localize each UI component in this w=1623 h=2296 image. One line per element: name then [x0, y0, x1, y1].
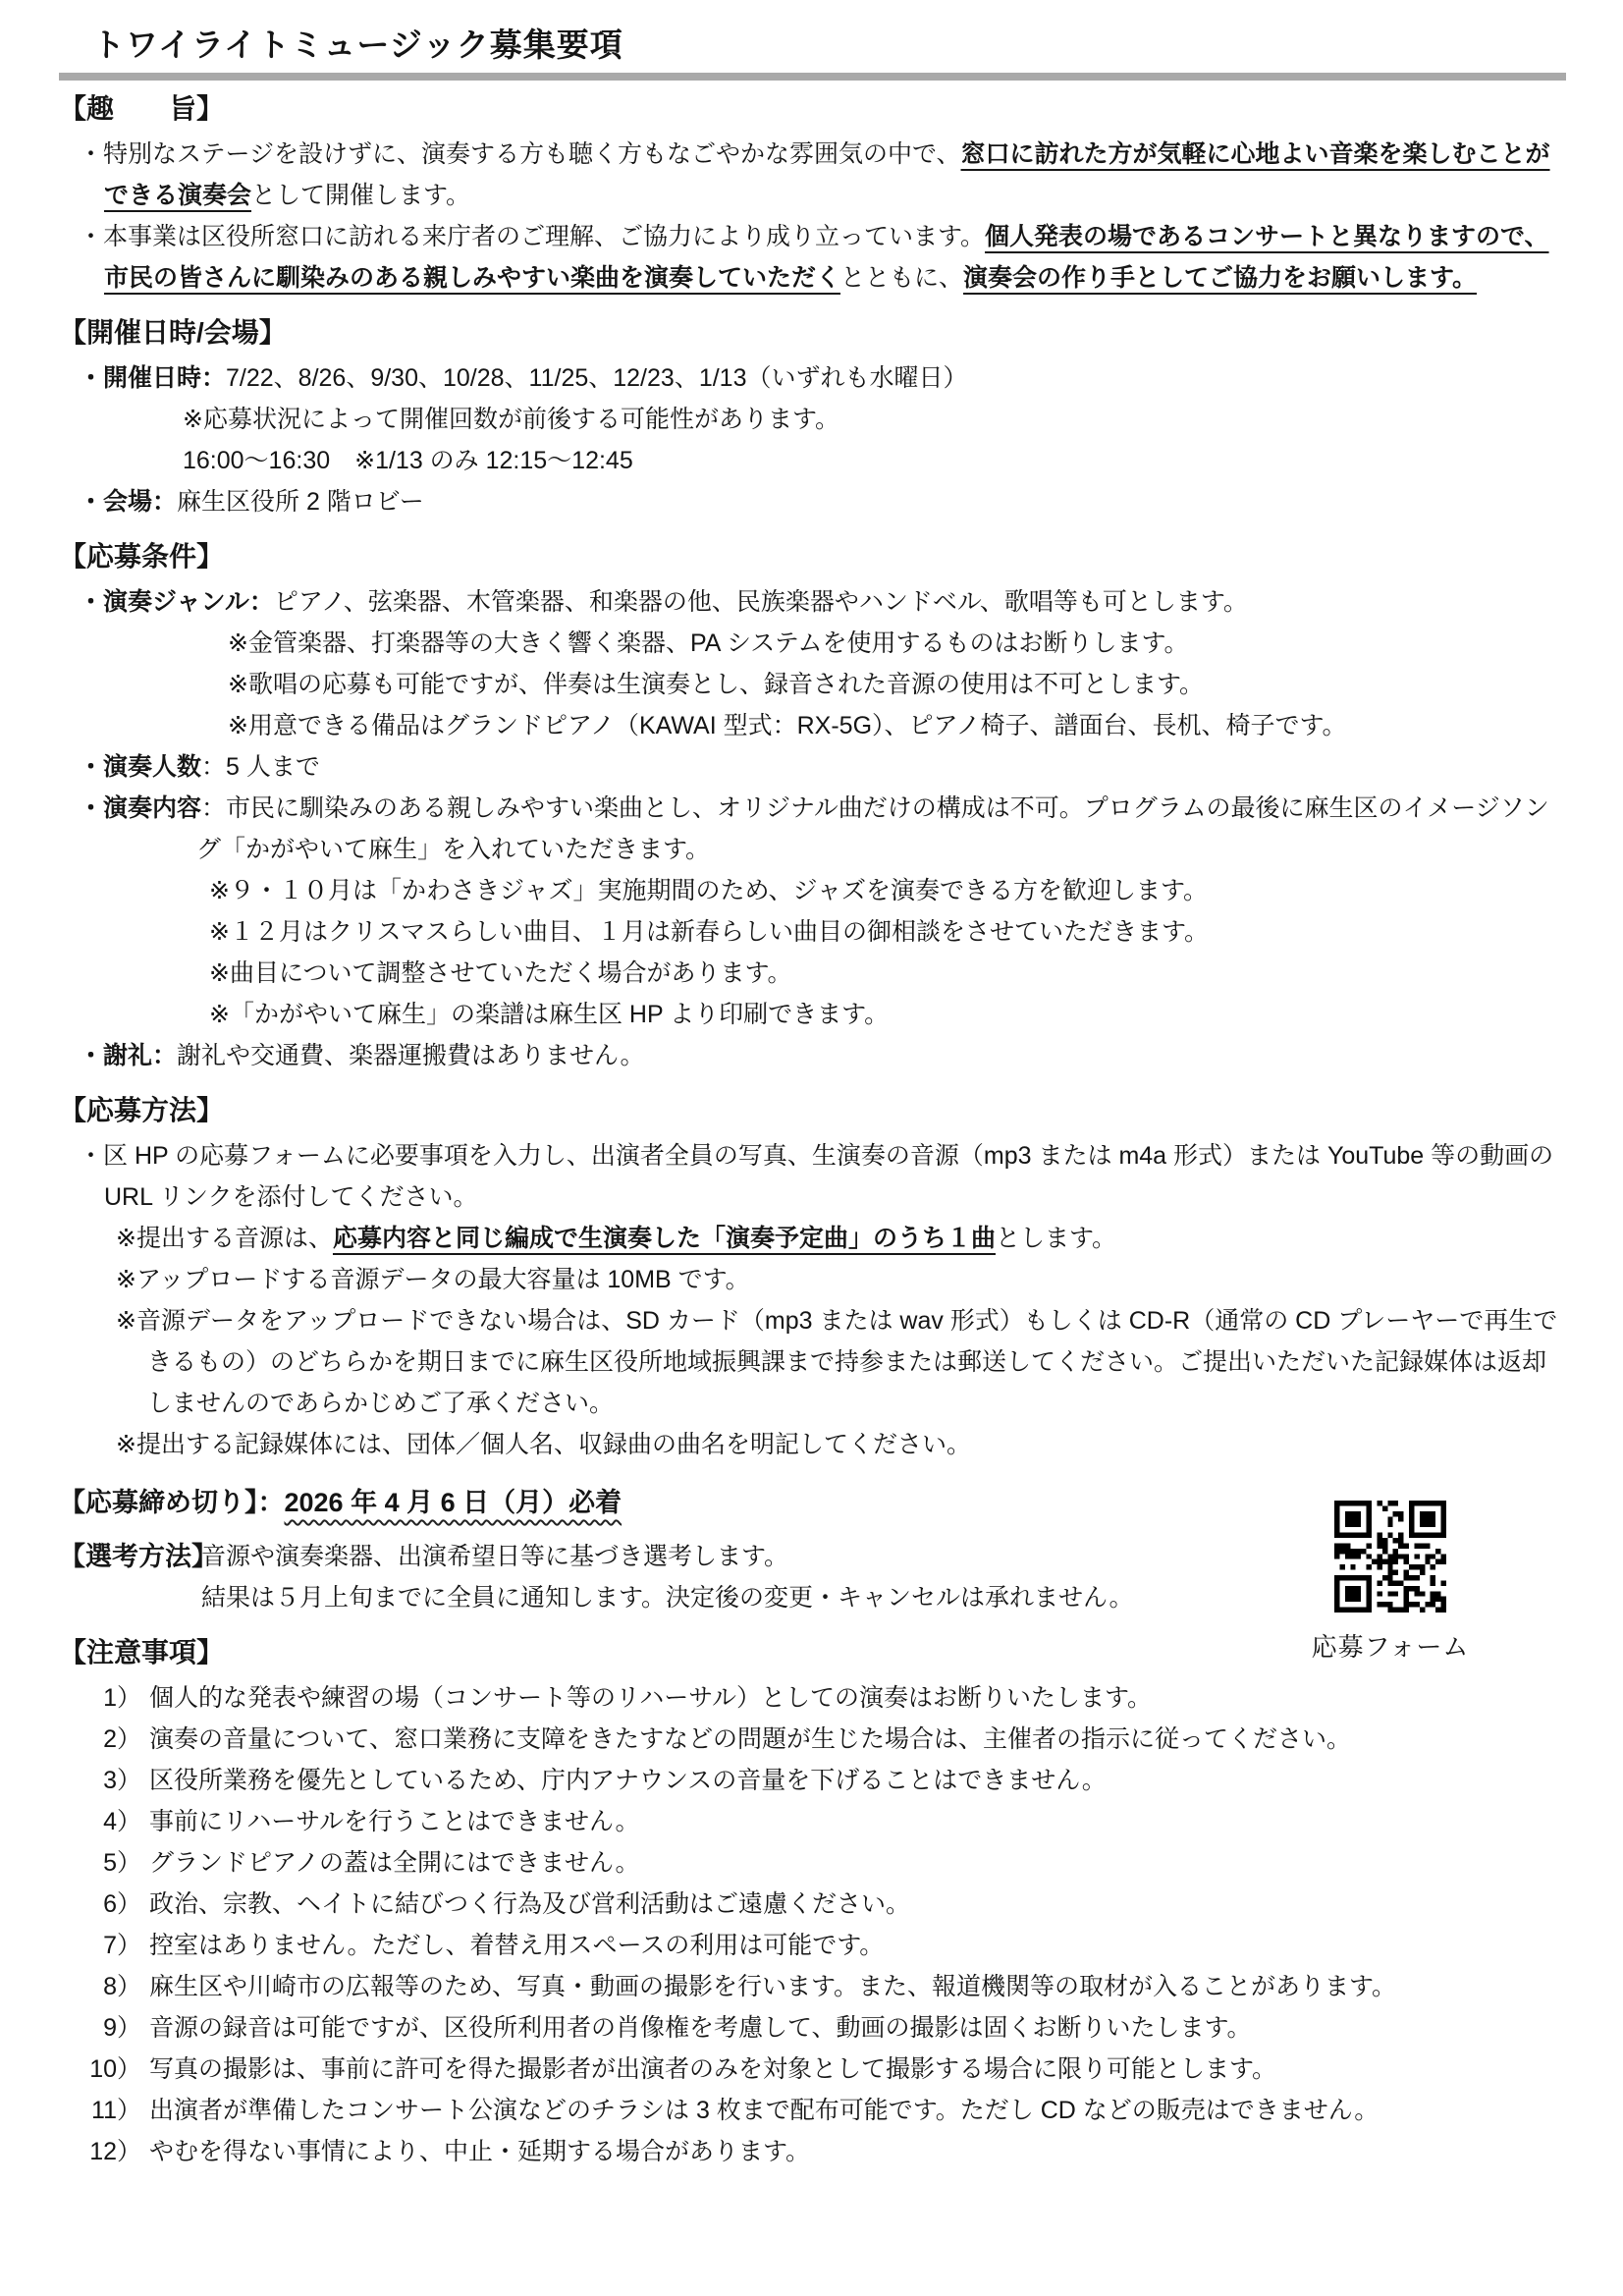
note-item-8: 8）麻生区や川崎市の広報等のため、写真・動画の撮影を行います。また、報道機関等の… [59, 1966, 1566, 2007]
section-heading-conditions: 【応募条件】 [59, 536, 1566, 577]
conditions-content-label: ・演奏内容 [79, 794, 201, 822]
application-note-1-emphasis: 応募内容と同じ編成で生演奏した「演奏予定曲」のうち１曲 [333, 1225, 996, 1252]
schedule-note: ※応募状況によって開催回数が前後する可能性があります。 [59, 399, 1566, 440]
section-heading-application: 【応募方法】 [59, 1090, 1566, 1131]
note-item-3-number: 3） [82, 1760, 141, 1801]
note-item-7: 7）控室はありません。ただし、着替え用スペースの利用は可能です。 [59, 1925, 1566, 1966]
note-item-5-number: 5） [82, 1842, 141, 1884]
application-note-1: ※提出する音源は、応募内容と同じ編成で生演奏した「演奏予定曲」のうち１曲とします… [59, 1218, 1566, 1259]
schedule-venue-value: 麻生区役所 2 階ロビー [177, 488, 424, 516]
note-item-2-number: 2） [82, 1719, 141, 1760]
qr-code [1334, 1501, 1446, 1613]
note-item-3: 3）区役所業務を優先としているため、庁内アナウンスの音量を下げることはできません… [59, 1760, 1566, 1801]
conditions-content-value: ：市民に馴染みのある親しみやすい楽曲とし、オリジナル曲だけの構成は不可。プログラ… [196, 794, 1549, 863]
note-item-6: 6）政治、宗教、ヘイトに結びつく行為及び営利活動はご遠慮ください。 [59, 1884, 1566, 1925]
purpose-b2-emphasis-2: 演奏会の作り手としてご協力をお願いします。 [963, 264, 1477, 292]
note-item-10-number: 10） [82, 2049, 141, 2090]
note-item-8-text: 麻生区や川崎市の広報等のため、写真・動画の撮影を行います。また、報道機関等の取材… [149, 1973, 1396, 2000]
note-item-9-text: 音源の録音は可能ですが、区役所利用者の肖像権を考慮して、動画の撮影は固くお断りい… [149, 2014, 1252, 2042]
conditions-content-note-3: ※曲目について調整させていただく場合があります。 [59, 953, 1566, 994]
note-item-11-text: 出演者が準備したコンサート公演などのチラシは 3 枚まで配布可能です。ただし C… [149, 2097, 1379, 2124]
selection-label: 【選考方法】 [59, 1536, 218, 1577]
note-item-12: 12）やむを得ない事情により、中止・延期する場合があります。 [59, 2131, 1566, 2172]
schedule-venue: ・会場：麻生区役所 2 階ロビー [59, 481, 1566, 522]
purpose-b2-pre: ・本事業は区役所窓口に訪れる来庁者のご理解、ご協力により成り立っています。 [79, 223, 985, 250]
note-item-9-number: 9） [82, 2007, 141, 2049]
note-item-10: 10）写真の撮影は、事前に許可を得た撮影者が出演者のみを対象として撮影する場合に… [59, 2049, 1566, 2090]
page-title: トワイライトミュージック募集要項 [59, 24, 1566, 67]
conditions-content-note-4: ※「かがやいて麻生」の楽譜は麻生区 HP より印刷できます。 [59, 994, 1566, 1035]
note-item-5-text: グランドピアノの蓋は全開にはできません。 [149, 1849, 640, 1877]
section-heading-schedule: 【開催日時/会場】 [59, 312, 1566, 354]
purpose-b1-post: として開催します。 [251, 182, 470, 209]
note-item-12-text: やむを得ない事情により、中止・延期する場合があります。 [149, 2138, 810, 2165]
note-item-12-number: 12） [82, 2131, 141, 2172]
purpose-b2-mid: とともに、 [840, 264, 963, 292]
note-item-3-text: 区役所業務を優先としているため、庁内アナウンスの音量を下げることはできません。 [149, 1767, 1107, 1794]
purpose-b1-pre: ・特別なステージを設けずに、演奏する方も聴く方もなごやかな雰囲気の中で、 [79, 140, 961, 168]
note-item-10-text: 写真の撮影は、事前に許可を得た撮影者が出演者のみを対象として撮影する場合に限り可… [149, 2055, 1276, 2083]
note-item-2-text: 演奏の音量について、窓口業務に支障をきたすなどの問題が生じた場合は、主催者の指示… [149, 1725, 1351, 1753]
note-item-11: 11）出演者が準備したコンサート公演などのチラシは 3 枚まで配布可能です。ただ… [59, 2090, 1566, 2131]
schedule-datetime-label: ・開催日時： [79, 364, 226, 392]
section-heading-purpose: 【趣 旨】 [59, 88, 1566, 130]
application-note-4: ※提出する記録媒体には、団体／個人名、収録曲の曲名を明記してください。 [59, 1424, 1566, 1465]
note-item-4: 4）事前にリハーサルを行うことはできません。 [59, 1801, 1566, 1842]
note-item-2: 2）演奏の音量について、窓口業務に支障をきたすなどの問題が生じた場合は、主催者の… [59, 1719, 1566, 1760]
conditions-genre: ・演奏ジャンル：ピアノ、弦楽器、木管楽器、和楽器の他、民族楽器やハンドベル、歌唱… [59, 581, 1566, 623]
deadline-value: 2026 年 4 月 6 日（月）必着 [285, 1488, 622, 1517]
note-item-11-number: 11） [82, 2090, 141, 2131]
note-item-9: 9）音源の録音は可能ですが、区役所利用者の肖像権を考慮して、動画の撮影は固くお断… [59, 2007, 1566, 2049]
conditions-genre-value: ピアノ、弦楽器、木管楽器、和楽器の他、民族楽器やハンドベル、歌唱等も可とします。 [274, 588, 1248, 616]
conditions-content-note-1: ※９・１０月は「かわさきジャズ」実施期間のため、ジャズを演奏できる方を歓迎します… [59, 870, 1566, 911]
note-item-5: 5）グランドピアノの蓋は全開にはできません。 [59, 1842, 1566, 1884]
note-item-4-number: 4） [82, 1801, 141, 1842]
conditions-players-value: ：5 人まで [201, 753, 320, 781]
conditions-content: ・演奏内容：市民に馴染みのある親しみやすい楽曲とし、オリジナル曲だけの構成は不可… [59, 788, 1566, 870]
schedule-time: 16:00～16:30 ※1/13 のみ 12:15～12:45 [59, 440, 1566, 481]
note-item-4-text: 事前にリハーサルを行うことはできません。 [149, 1808, 640, 1835]
conditions-genre-note-3: ※用意できる備品はグランドピアノ（KAWAI 型式：RX-5G）、ピアノ椅子、譜… [59, 705, 1566, 746]
note-item-7-text: 控室はありません。ただし、着替え用スペースの利用は可能です。 [149, 1932, 884, 1959]
qr-code-label: 応募フォーム [1302, 1627, 1479, 1667]
note-item-8-number: 8） [82, 1966, 141, 2007]
document-page: トワイライトミュージック募集要項 【趣 旨】 ・特別なステージを設けずに、演奏す… [0, 0, 1623, 2296]
conditions-genre-label: ・演奏ジャンル： [79, 588, 274, 616]
deadline-separator: ： [258, 1488, 285, 1517]
application-note-1-pre: ※提出する音源は、 [116, 1225, 333, 1252]
conditions-content-note-2: ※１２月はクリスマスらしい曲目、１月は新春らしい曲目の御相談をさせていただきます… [59, 911, 1566, 953]
conditions-genre-note-2: ※歌唱の応募も可能ですが、伴奏は生演奏とし、録音された音源の使用は不可とします。 [59, 664, 1566, 705]
purpose-bullet-2: ・本事業は区役所窓口に訪れる来庁者のご理解、ご協力により成り立っています。個人発… [59, 216, 1566, 299]
schedule-datetime-value: 7/22、8/26、9/30、10/28、11/25、12/23、1/13（いず… [226, 364, 967, 392]
deadline-label: 【応募締め切り】 [59, 1488, 258, 1517]
conditions-reward-value: 謝礼や交通費、楽器運搬費はありません。 [177, 1042, 645, 1069]
conditions-players: ・演奏人数：5 人まで [59, 746, 1566, 788]
schedule-venue-label: ・会場： [79, 488, 177, 516]
purpose-bullet-1: ・特別なステージを設けずに、演奏する方も聴く方もなごやかな雰囲気の中で、窓口に訪… [59, 134, 1566, 216]
conditions-reward-label: ・謝礼： [79, 1042, 177, 1069]
note-item-7-number: 7） [82, 1925, 141, 1966]
application-intro: ・区 HP の応募フォームに必要事項を入力し、出演者全員の写真、生演奏の音源（m… [59, 1135, 1566, 1218]
application-note-3: ※音源データをアップロードできない場合は、SD カード（mp3 または wav … [59, 1300, 1566, 1424]
conditions-reward: ・謝礼：謝礼や交通費、楽器運搬費はありません。 [59, 1035, 1566, 1076]
application-note-1-post: とします。 [996, 1225, 1116, 1252]
conditions-players-label: ・演奏人数 [79, 753, 201, 781]
application-note-2: ※アップロードする音源データの最大容量は 10MB です。 [59, 1259, 1566, 1300]
note-item-1: 1）個人的な発表や練習の場（コンサート等のリハーサル）としての演奏はお断りいたし… [59, 1677, 1566, 1719]
conditions-genre-note-1: ※金管楽器、打楽器等の大きく響く楽器、PA システムを使用するものはお断りします… [59, 623, 1566, 664]
note-item-6-text: 政治、宗教、ヘイトに結びつく行為及び営利活動はご遠慮ください。 [149, 1890, 910, 1918]
note-item-6-number: 6） [82, 1884, 141, 1925]
note-item-1-text: 個人的な発表や練習の場（コンサート等のリハーサル）としての演奏はお断りいたします… [149, 1684, 1152, 1712]
application-form-qr-block: 応募フォーム [1302, 1501, 1479, 1667]
schedule-datetime: ・開催日時：7/22、8/26、9/30、10/28、11/25、12/23、1… [59, 357, 1566, 399]
title-divider [59, 73, 1566, 81]
note-item-1-number: 1） [82, 1677, 141, 1719]
